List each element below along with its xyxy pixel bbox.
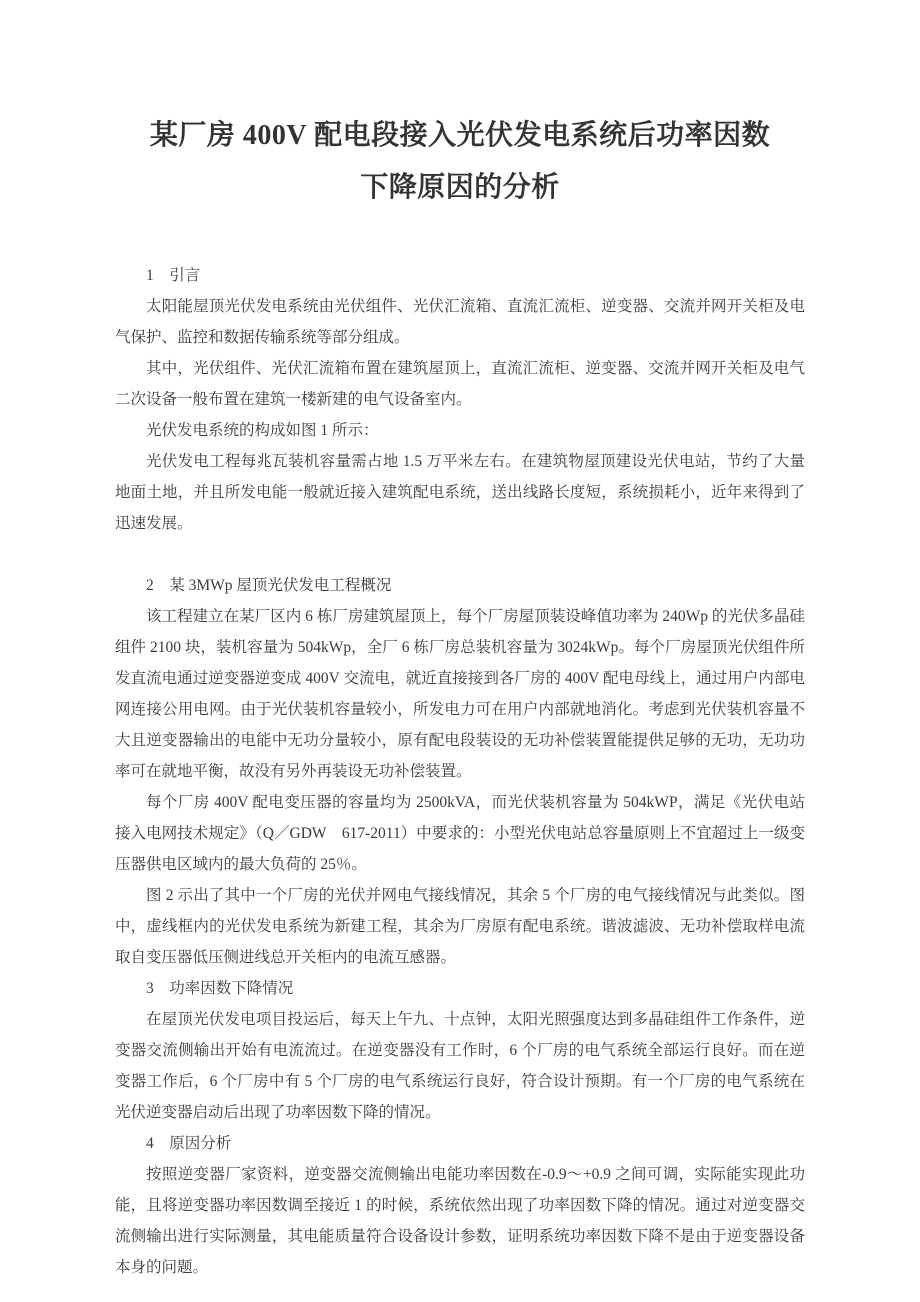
section-3-heading: 3 功率因数下降情况 bbox=[115, 973, 805, 1004]
section-1-paragraph-2: 其中，光伏组件、光伏汇流箱布置在建筑屋顶上，直流汇流柜、逆变器、交流并网开关柜及… bbox=[115, 353, 805, 415]
document-title-line-2: 下降原因的分析 bbox=[115, 162, 805, 214]
section-1-paragraph-3: 光伏发电系统的构成如图 1 所示： bbox=[115, 415, 805, 446]
document-body: 1 引言 太阳能屋顶光伏发电系统由光伏组件、光伏汇流箱、直流汇流柜、逆变器、交流… bbox=[115, 260, 805, 1283]
section-3-paragraph-1: 在屋顶光伏发电项目投运后，每天上午九、十点钟，太阳光照强度达到多晶硅组件工作条件… bbox=[115, 1004, 805, 1128]
section-2-paragraph-1: 该工程建立在某厂区内 6 栋厂房建筑屋顶上，每个厂房屋顶装设峰值功率为 240W… bbox=[115, 601, 805, 787]
section-4-heading: 4 原因分析 bbox=[115, 1128, 805, 1159]
section-2-paragraph-2: 每个厂房 400V 配电变压器的容量均为 2500kVA，而光伏装机容量为 50… bbox=[115, 787, 805, 880]
section-1-paragraph-1: 太阳能屋顶光伏发电系统由光伏组件、光伏汇流箱、直流汇流柜、逆变器、交流并网开关柜… bbox=[115, 291, 805, 353]
section-1-heading: 1 引言 bbox=[115, 260, 805, 291]
document-page: 某厂房 400V 配电段接入光伏发电系统后功率因数 下降原因的分析 1 引言 太… bbox=[0, 0, 920, 1302]
section-2-heading: 2 某 3MWp 屋顶光伏发电工程概况 bbox=[115, 570, 805, 601]
document-title: 某厂房 400V 配电段接入光伏发电系统后功率因数 下降原因的分析 bbox=[115, 110, 805, 214]
section-2-paragraph-3: 图 2 示出了其中一个厂房的光伏并网电气接线情况，其余 5 个厂房的电气接线情况… bbox=[115, 880, 805, 973]
section-4-paragraph-1: 按照逆变器厂家资料，逆变器交流侧输出电能功率因数在-0.9～+0.9 之间可调，… bbox=[115, 1159, 805, 1283]
document-title-line-1: 某厂房 400V 配电段接入光伏发电系统后功率因数 bbox=[115, 110, 805, 162]
section-1-paragraph-4: 光伏发电工程每兆瓦装机容量需占地 1.5 万平米左右。在建筑物屋顶建设光伏电站，… bbox=[115, 446, 805, 539]
